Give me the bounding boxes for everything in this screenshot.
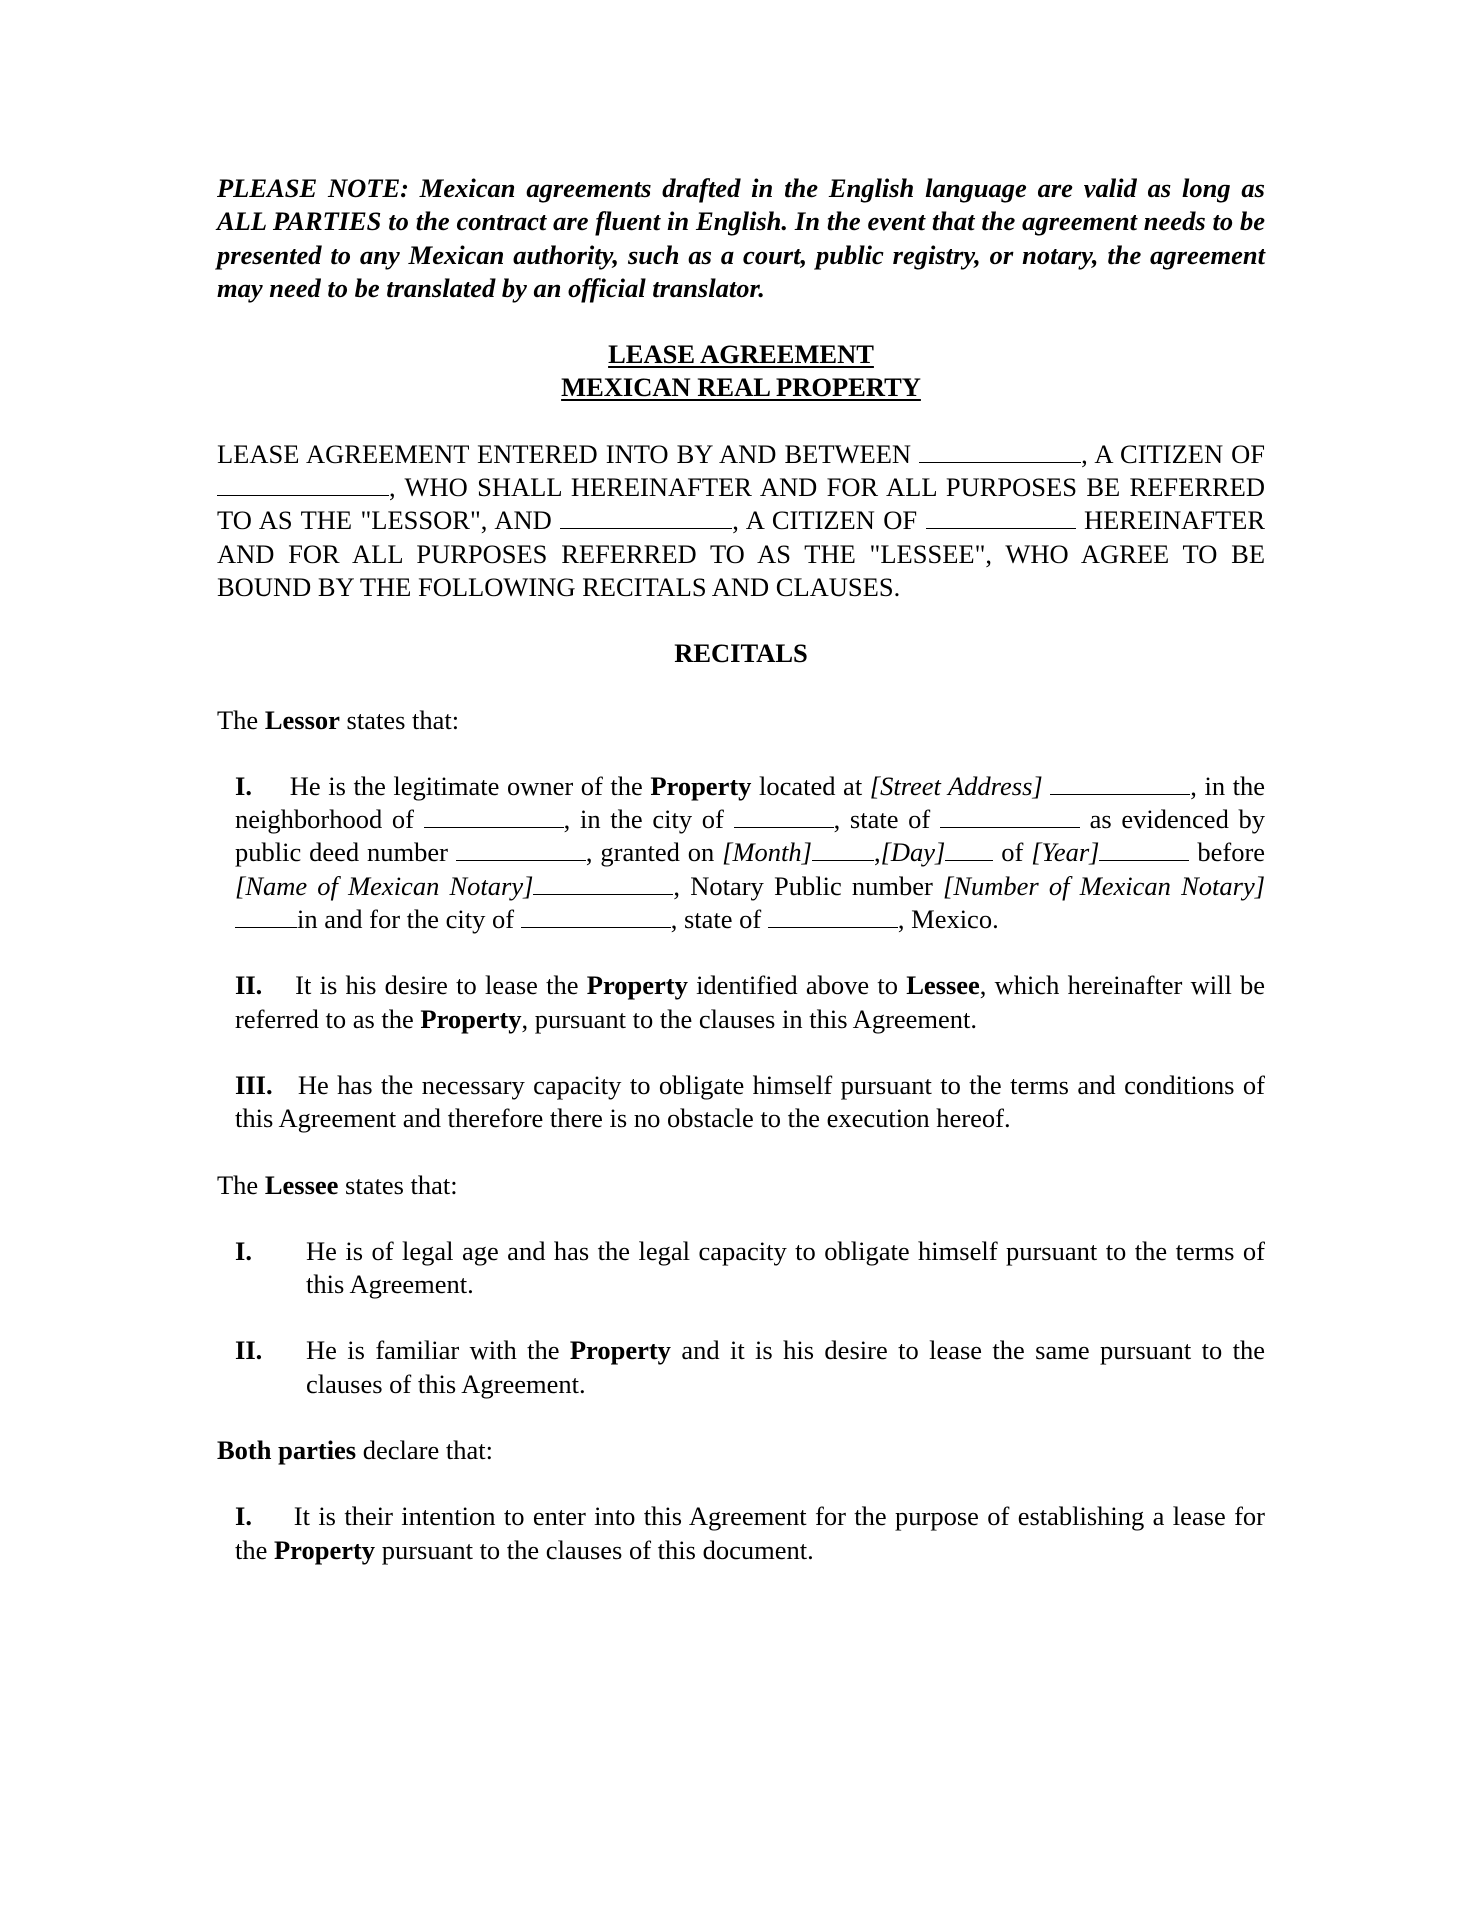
street-address-field[interactable]	[1050, 772, 1190, 795]
notary-number-field[interactable]	[235, 905, 297, 928]
intro-text-4: , A CITIZEN OF	[732, 505, 917, 535]
city-field[interactable]	[734, 805, 834, 828]
neighborhood-field[interactable]	[424, 805, 564, 828]
recital-number: III.	[235, 1069, 273, 1102]
notary-name-field[interactable]	[533, 872, 673, 895]
recital-number: II.	[235, 969, 262, 1002]
recital-number: I.	[235, 770, 252, 803]
recital-number: II.	[235, 1334, 262, 1367]
lessee-name-field[interactable]	[560, 506, 732, 529]
lessee-recital-1: I. He is of legal age and has the legal …	[217, 1235, 1265, 1302]
recitals-heading: RECITALS	[217, 637, 1265, 670]
recital-number: I.	[235, 1500, 252, 1533]
state-field[interactable]	[940, 805, 1080, 828]
both-parties-recital-1: I. It is their intention to enter into t…	[217, 1500, 1265, 1567]
lessor-lead: The Lessor states that:	[217, 704, 1265, 737]
both-parties-lead: Both parties declare that:	[217, 1434, 1265, 1467]
lessee-recital-2: II. He is familiar with the Property and…	[217, 1334, 1265, 1401]
month-field[interactable]	[812, 838, 874, 861]
translation-note: PLEASE NOTE: Mexican agreements drafted …	[217, 172, 1265, 305]
intro-text-1: LEASE AGREEMENT ENTERED INTO BY AND BETW…	[217, 439, 911, 469]
document-page: PLEASE NOTE: Mexican agreements drafted …	[217, 172, 1265, 1567]
lessee-lead: The Lessee states that:	[217, 1169, 1265, 1202]
intro-paragraph: LEASE AGREEMENT ENTERED INTO BY AND BETW…	[217, 438, 1265, 604]
lessee-citizenship-field[interactable]	[926, 506, 1076, 529]
lessor-recital-1: I. He is the legitimate owner of the Pro…	[217, 770, 1265, 936]
notary-state-field[interactable]	[768, 905, 898, 928]
title-line-1: LEASE AGREEMENT	[608, 339, 874, 369]
notary-city-field[interactable]	[521, 905, 671, 928]
document-title: LEASE AGREEMENT MEXICAN REAL PROPERTY	[217, 338, 1265, 405]
lessor-name-field[interactable]	[919, 440, 1081, 463]
year-field[interactable]	[1099, 838, 1189, 861]
lessor-recital-2: II. It is his desire to lease the Proper…	[217, 969, 1265, 1036]
lessor-citizenship-field[interactable]	[217, 473, 389, 496]
day-field[interactable]	[945, 838, 993, 861]
title-line-2: MEXICAN REAL PROPERTY	[561, 372, 921, 402]
lessor-recital-3: III. He has the necessary capacity to ob…	[217, 1069, 1265, 1136]
recital-number: I.	[235, 1235, 252, 1268]
intro-text-2: , A CITIZEN OF	[1081, 439, 1265, 469]
deed-number-field[interactable]	[456, 838, 586, 861]
